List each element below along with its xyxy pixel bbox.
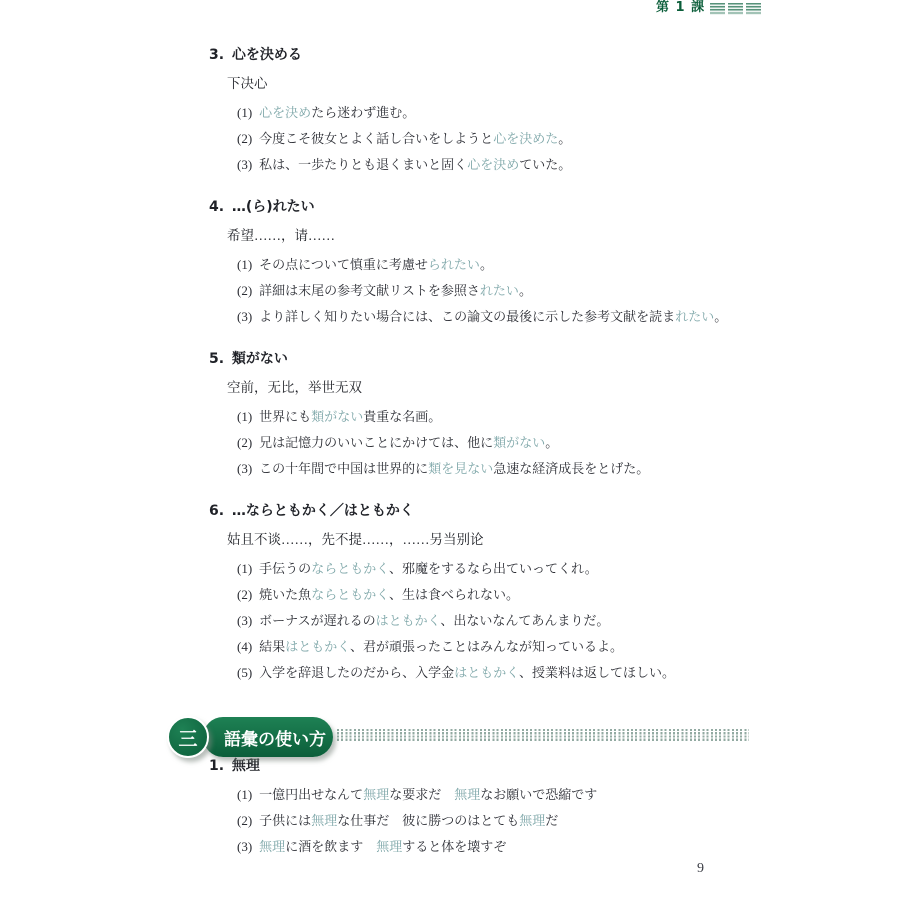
section-chinese-translation: 姑且不谈……，先不提……，……另当别论 — [227, 531, 900, 549]
example-sentence: (3)ボーナスが遅れるのはともかく、出ないなんてあんまりだ。 — [237, 608, 900, 634]
grammar-point-highlight: れたい — [675, 309, 714, 324]
page-content: 3. 心を決める 下决心 (1)心を決めたら迷わず進む。(2)今度こそ彼女とよく… — [0, 0, 900, 860]
example-sentence: (1)その点について慎重に考慮せられたい。 — [237, 252, 900, 278]
section-title: …ならともかく／はともかく — [232, 503, 414, 519]
section-number: 6. — [209, 502, 227, 520]
banner-title-pill: 語彙の使い方 — [203, 717, 333, 757]
example-number: (2) — [237, 813, 252, 828]
sentence-text: 、授業料は返してほしい。 — [519, 665, 675, 680]
sentence-text: な仕事だ 彼に勝つのはとても — [337, 813, 519, 828]
example-sentence: (1)手伝うのならともかく、邪魔をするなら出ていってくれ。 — [237, 556, 900, 582]
sentence-text: 詳細は末尾の参考文献リストを参照さ — [259, 283, 480, 298]
example-number: (3) — [237, 157, 252, 172]
section-number: 4. — [209, 198, 227, 216]
sentence-text: 、出ないなんてあんまりだ。 — [440, 613, 609, 628]
section-heading: 4. …(ら)れたい — [209, 198, 900, 216]
banner-section-badge: 三 — [167, 716, 209, 758]
section-chinese-translation: 希望……，请…… — [227, 227, 900, 245]
example-sentence: (1)世界にも類がない貴重な名画。 — [237, 404, 900, 430]
banner-title: 語彙の使い方 — [224, 725, 326, 750]
sentence-text: 入学を辞退したのだから、入学金 — [259, 665, 454, 680]
sentence-text: なお願いで恐縮です — [480, 787, 597, 802]
section-number: 5. — [209, 350, 227, 368]
example-sentence: (2)今度こそ彼女とよく話し合いをしようと心を決めた。 — [237, 126, 900, 152]
example-number: (2) — [237, 587, 252, 602]
sentence-text: 。 — [545, 435, 558, 450]
example-sentence: (5)入学を辞退したのだから、入学金はともかく、授業料は返してほしい。 — [237, 660, 900, 686]
sentence-text: 結果 — [259, 639, 285, 654]
section-number: 3. — [209, 46, 227, 64]
vocab-usage-banner: 三 語彙の使い方 — [167, 716, 900, 757]
example-sentence: (2)詳細は末尾の参考文献リストを参照されたい。 — [237, 278, 900, 304]
section-title: 無理 — [232, 758, 260, 774]
content-section: 5. 類がない 空前，无比，举世无双 (1)世界にも類がない貴重な名画。(2)兄… — [209, 350, 900, 482]
example-sentence: (1)心を決めたら迷わず進む。 — [237, 100, 900, 126]
section-chinese-translation: 下决心 — [227, 75, 900, 93]
grammar-point-highlight: られたい — [428, 257, 480, 272]
example-number: (1) — [237, 409, 252, 424]
grammar-point-highlight: 心を決め — [467, 157, 519, 172]
grammar-point-highlight: はともかく — [285, 639, 350, 654]
example-number: (1) — [237, 561, 252, 576]
example-number: (3) — [237, 309, 252, 324]
sentence-text: より詳しく知りたい場合には、この論文の最後に示した参考文献を読ま — [259, 309, 675, 324]
sentence-text: 私は、一歩たりとも退くまいと固く — [259, 157, 467, 172]
section-chinese-translation: 空前，无比，举世无双 — [227, 379, 900, 397]
grammar-point-highlight: 心を決めた — [493, 131, 558, 146]
example-list: (1)手伝うのならともかく、邪魔をするなら出ていってくれ。(2)焼いた魚ならとも… — [237, 556, 900, 686]
sentence-text: 兄は記憶力のいいことにかけては、他に — [259, 435, 493, 450]
section-number: 1. — [209, 757, 227, 775]
example-sentence: (3)私は、一歩たりとも退くまいと固く心を決めていた。 — [237, 152, 900, 178]
content-section: 3. 心を決める 下决心 (1)心を決めたら迷わず進む。(2)今度こそ彼女とよく… — [209, 46, 900, 178]
example-number: (5) — [237, 665, 252, 680]
example-number: (3) — [237, 613, 252, 628]
vocab-section-list: 1. 無理 (1)一億円出せなんて無理な要求だ 無理なお願いで恐縮です(2)子供… — [209, 757, 900, 860]
textbook-page: { "colors": { "green_dark": "#0b5e3a", "… — [0, 0, 900, 900]
content-section: 4. …(ら)れたい 希望……，请…… (1)その点について慎重に考慮せられたい… — [209, 198, 900, 330]
sentence-text: だ — [545, 813, 558, 828]
content-section: 6. …ならともかく／はともかく 姑且不谈……，先不提……，……另当别论 (1)… — [209, 502, 900, 686]
section-heading: 6. …ならともかく／はともかく — [209, 502, 900, 520]
grammar-point-highlight: ならともかく — [311, 561, 389, 576]
sentence-text: 。 — [558, 131, 571, 146]
sentence-text: ていた。 — [519, 157, 571, 172]
example-number: (2) — [237, 435, 252, 450]
sentence-text: 一億円出せなんて — [259, 787, 363, 802]
example-list: (1)心を決めたら迷わず進む。(2)今度こそ彼女とよく話し合いをしようと心を決め… — [237, 100, 900, 178]
grammar-point-highlight: はともかく — [454, 665, 519, 680]
example-number: (1) — [237, 257, 252, 272]
example-list: (1)一億円出せなんて無理な要求だ 無理なお願いで恐縮です(2)子供には無理な仕… — [237, 782, 900, 860]
sentence-text: 貴重な名画。 — [363, 409, 441, 424]
banner-dotted-rule — [337, 728, 749, 741]
section-title: 心を決める — [232, 47, 302, 63]
example-number: (4) — [237, 639, 252, 654]
example-number: (3) — [237, 461, 252, 476]
grammar-point-highlight: 無理 — [363, 787, 389, 802]
grammar-point-highlight: 無理 — [259, 839, 285, 854]
section-title: 類がない — [232, 351, 288, 367]
example-number: (2) — [237, 283, 252, 298]
grammar-point-highlight: 類を見ない — [428, 461, 493, 476]
sentence-text: たら迷わず進む。 — [311, 105, 415, 120]
section-title: …(ら)れたい — [232, 199, 315, 215]
section-heading: 1. 無理 — [209, 757, 900, 775]
grammar-point-highlight: 類がない — [493, 435, 545, 450]
content-section: 1. 無理 (1)一億円出せなんて無理な要求だ 無理なお願いで恐縮です(2)子供… — [209, 757, 900, 860]
grammar-point-highlight: ならともかく — [311, 587, 389, 602]
page-number: 9 — [697, 861, 704, 877]
sentence-text: 世界にも — [259, 409, 311, 424]
example-sentence: (2)兄は記憶力のいいことにかけては、他に類がない。 — [237, 430, 900, 456]
example-sentence: (3)無理に酒を飲ます 無理すると体を壊すぞ — [237, 834, 900, 860]
grammar-point-highlight: 心を決め — [259, 105, 311, 120]
example-sentence: (1)一億円出せなんて無理な要求だ 無理なお願いで恐縮です — [237, 782, 900, 808]
sentence-text: 、邪魔をするなら出ていってくれ。 — [389, 561, 598, 576]
sentence-text: に酒を飲ます — [285, 839, 376, 854]
example-number: (2) — [237, 131, 252, 146]
grammar-section-list: 3. 心を決める 下决心 (1)心を決めたら迷わず進む。(2)今度こそ彼女とよく… — [209, 46, 900, 686]
example-sentence: (3)この十年間で中国は世界的に類を見ない急速な経済成長をとげた。 — [237, 456, 900, 482]
grammar-point-highlight: 類がない — [311, 409, 363, 424]
sentence-text: 。 — [519, 283, 532, 298]
example-number: (1) — [237, 787, 252, 802]
grammar-point-highlight: れたい — [480, 283, 519, 298]
sentence-text: その点について慎重に考慮せ — [259, 257, 428, 272]
sentence-text: 、君が頑張ったことはみんなが知っているよ。 — [350, 639, 623, 654]
section-heading: 5. 類がない — [209, 350, 900, 368]
example-sentence: (4)結果はともかく、君が頑張ったことはみんなが知っているよ。 — [237, 634, 900, 660]
header-stripe-decoration — [710, 3, 764, 15]
sentence-text: 。 — [714, 309, 727, 324]
example-number: (3) — [237, 839, 252, 854]
grammar-point-highlight: はともかく — [376, 613, 441, 628]
grammar-point-highlight: 無理 — [454, 787, 480, 802]
sentence-text: 今度こそ彼女とよく話し合いをしようと — [259, 131, 493, 146]
grammar-point-highlight: 無理 — [519, 813, 545, 828]
example-sentence: (3)より詳しく知りたい場合には、この論文の最後に示した参考文献を読まれたい。 — [237, 304, 900, 330]
example-sentence: (2)焼いた魚ならともかく、生は食べられない。 — [237, 582, 900, 608]
sentence-text: 焼いた魚 — [259, 587, 311, 602]
sentence-text: ボーナスが遅れるの — [259, 613, 375, 628]
section-heading: 3. 心を決める — [209, 46, 900, 64]
sentence-text: すると体を壊すぞ — [402, 839, 506, 854]
sentence-text: 。 — [480, 257, 493, 272]
sentence-text: な要求だ — [389, 787, 454, 802]
example-sentence: (2)子供には無理な仕事だ 彼に勝つのはとても無理だ — [237, 808, 900, 834]
sentence-text: 急速な経済成長をとげた。 — [493, 461, 649, 476]
grammar-point-highlight: 無理 — [376, 839, 402, 854]
sentence-text: 手伝うの — [259, 561, 311, 576]
example-list: (1)世界にも類がない貴重な名画。(2)兄は記憶力のいいことにかけては、他に類が… — [237, 404, 900, 482]
lesson-number-label: 第 1 課 — [656, 0, 705, 16]
example-list: (1)その点について慎重に考慮せられたい。(2)詳細は末尾の参考文献リストを参照… — [237, 252, 900, 330]
example-number: (1) — [237, 105, 252, 120]
grammar-point-highlight: 無理 — [311, 813, 337, 828]
sentence-text: この十年間で中国は世界的に — [259, 461, 428, 476]
page-header: 第 1 課 — [656, 0, 764, 16]
sentence-text: 、生は食べられない。 — [389, 587, 519, 602]
sentence-text: 子供には — [259, 813, 311, 828]
